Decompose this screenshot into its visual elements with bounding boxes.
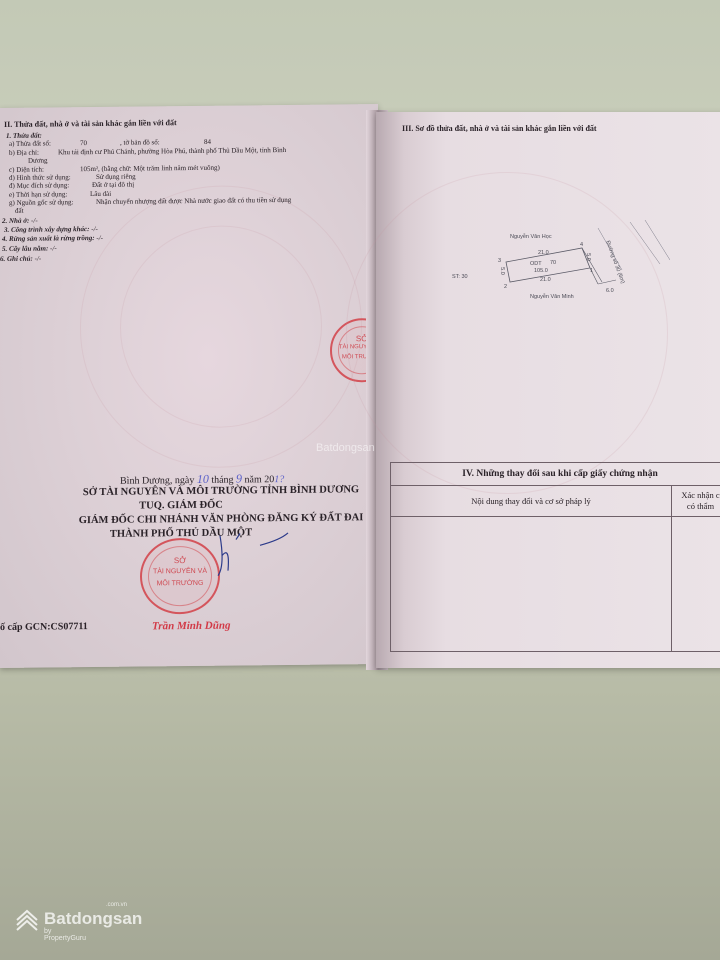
field-parcel-value: 70 (80, 139, 87, 147)
column-header-content: Nội dung thay đổi và cơ sở pháp lý (391, 486, 672, 517)
notes-label: 6. Ghi chú: -/- (0, 255, 41, 263)
handwritten-signature (200, 525, 290, 586)
field-area-value: 105m², (bằng chữ: Một trăm linh năm mét … (80, 164, 220, 173)
field-origin-label: g) Nguồn gốc sử dụng: (9, 198, 73, 207)
center-watermark: Batdongsan (316, 442, 375, 454)
other-construction-label: 3. Công trình xây dựng khác: -/- (4, 225, 98, 234)
certificate-left-page: II. Thửa đất, nhà ở và tài sản khác gắn … (0, 104, 378, 668)
changes-table-empty-cell (391, 517, 672, 652)
authority-line-3: GIÁM ĐỐC CHI NHÁNH VĂN PHÒNG ĐĂNG KÝ ĐẤT… (56, 512, 386, 526)
field-map-label: , tờ bản đồ số: (120, 138, 160, 146)
house-label: 2. Nhà ở: -/- (2, 217, 38, 225)
field-origin-continuation: đất (15, 207, 24, 215)
field-purpose-label: đ) Mục đích sử dụng: (9, 181, 69, 190)
field-term-value: Lâu dài (90, 190, 111, 198)
authority-line-2: TUQ. GIÁM ĐỐC (56, 499, 306, 513)
section-title-iii: III. Sơ đồ thửa đất, nhà ở và tài sản kh… (402, 124, 597, 133)
field-address-continuation: Dương (28, 157, 48, 165)
changes-table: IV. Những thay đổi sau khi cấp giấy chứn… (390, 462, 720, 652)
field-purpose-value: Đất ở tại đô thị (92, 181, 134, 189)
authority-line-1: SỞ TÀI NGUYÊN VÀ MÔI TRƯỜNG TỈNH BÌNH DƯ… (56, 484, 386, 498)
parcel-diagram: Nguyễn Văn Học Nguyễn Văn Minh Đường số … (470, 220, 670, 320)
changes-table-title: IV. Những thay đổi sau khi cấp giấy chứn… (391, 463, 720, 486)
watermark-brand: Batdongsan (44, 909, 142, 929)
field-map-value: 84 (204, 138, 211, 146)
changes-table-empty-cell (672, 517, 720, 652)
watermark-domain: .com.vn (106, 902, 127, 908)
batdongsan-logo-icon (14, 908, 40, 934)
perennial-trees-label: 5. Cây lâu năm: -/- (2, 244, 57, 253)
signer-name: Trần Minh Dũng (152, 620, 230, 633)
planted-forest-label: 4. Rừng sản xuất là rừng trồng: -/- (2, 234, 103, 243)
certificate-number: ố cấp GCN:CS07711 (0, 621, 88, 633)
column-header-confirmation: Xác nhận c có thẩm (672, 486, 720, 517)
field-parcel-label: a) Thửa đất số: (9, 139, 51, 147)
watermark-byline: by PropertyGuru (44, 928, 86, 942)
field-address-value: Khu tái định cư Phú Chánh, phường Hòa Ph… (58, 146, 286, 156)
section-title-ii: II. Thửa đất, nhà ở và tài sản khác gắn … (4, 118, 177, 129)
